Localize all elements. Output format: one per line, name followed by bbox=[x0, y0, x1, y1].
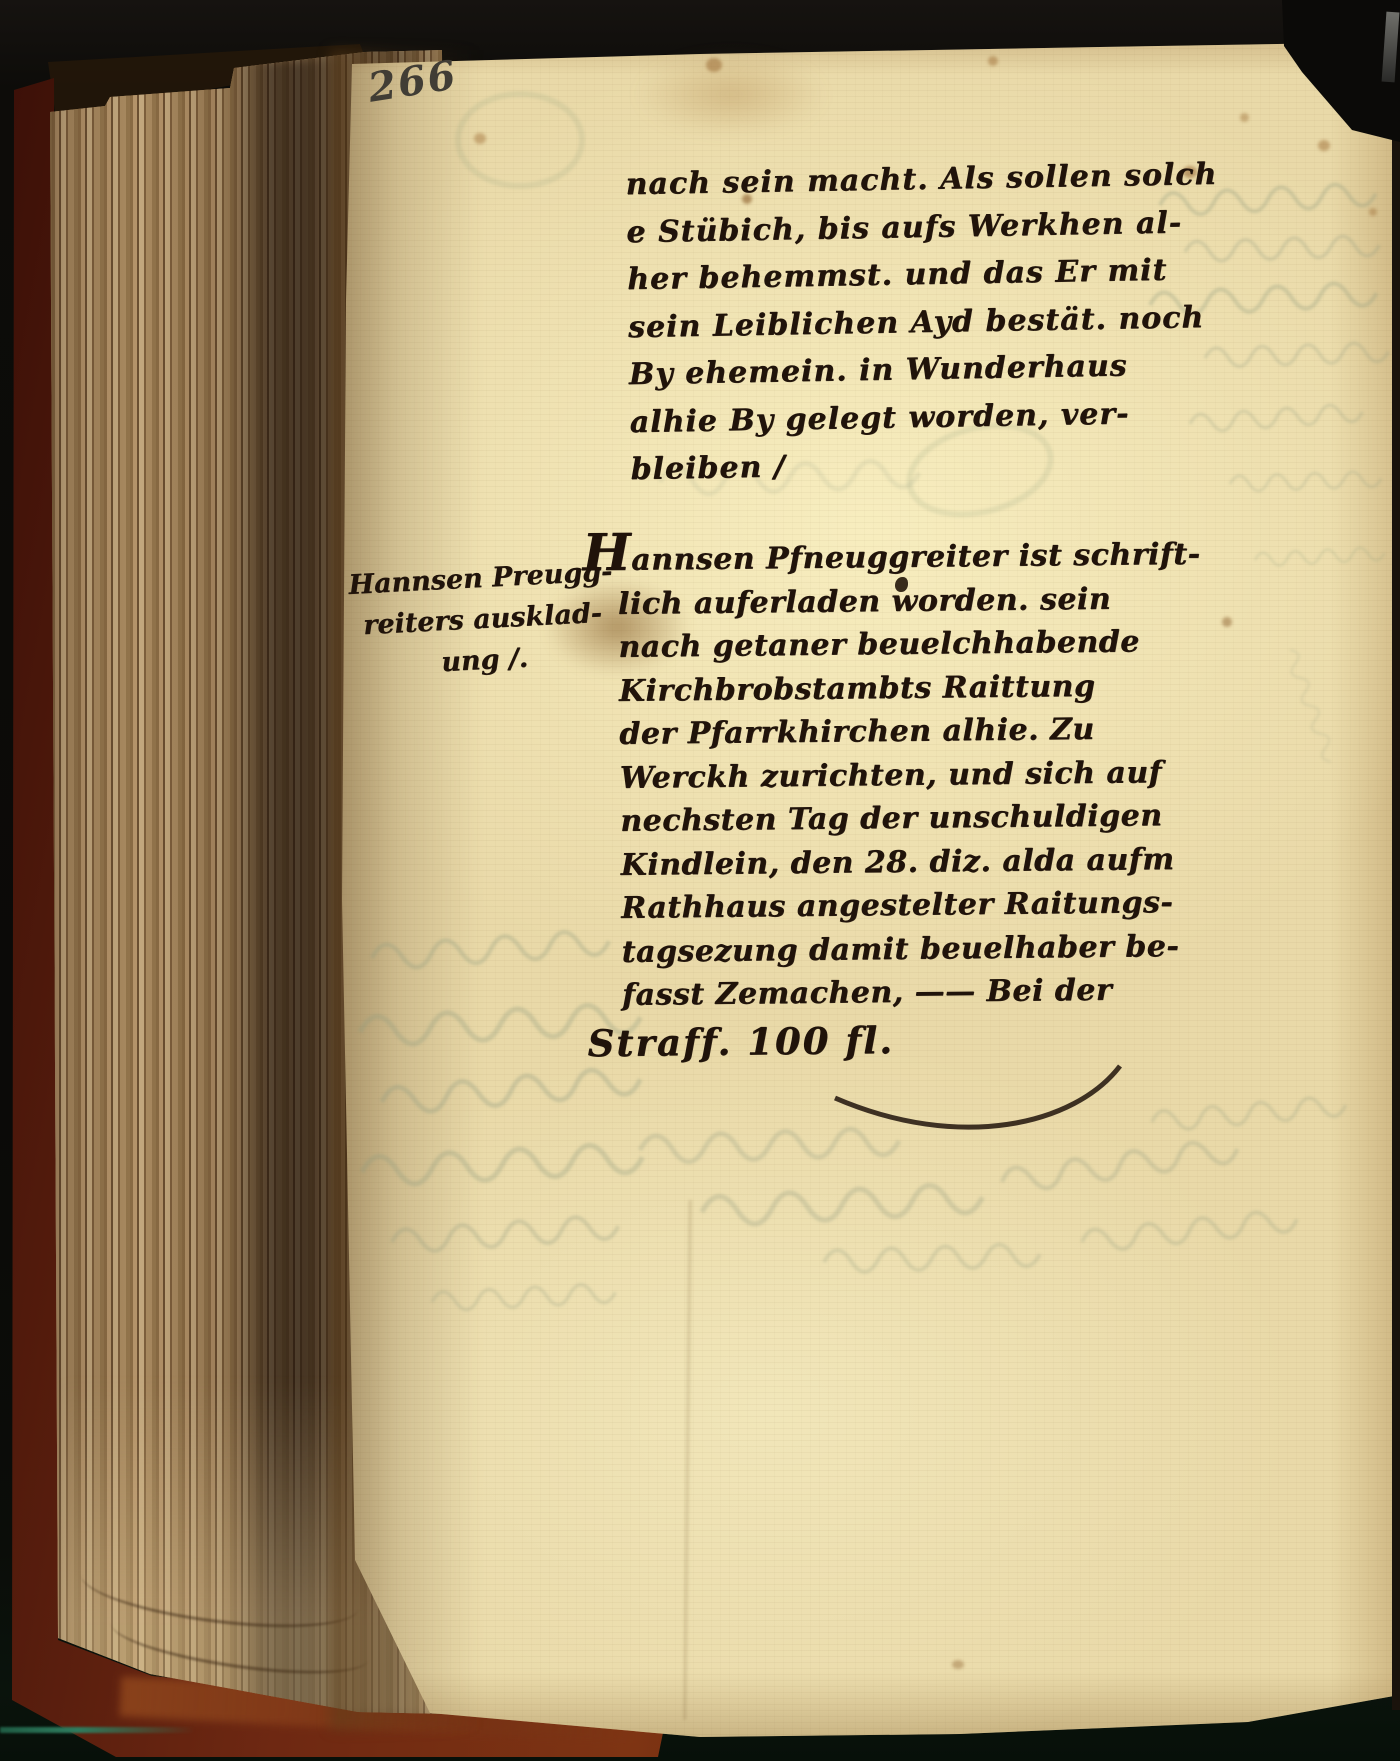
manuscript-line: Werckh zurichten, und sich auf bbox=[620, 750, 1204, 800]
margin-note: Hannsen Preugg- reiters ausklad- ung /. bbox=[347, 551, 618, 688]
foxing-spot bbox=[1369, 208, 1377, 216]
manuscript-line: der Pfarrkhirchen alhie. Zu bbox=[619, 707, 1203, 757]
manuscript-line-fine-amount: Straff. 100 fl. bbox=[587, 1015, 1205, 1065]
manuscript-line: Rathhaus angestelter Raitungs- bbox=[621, 881, 1205, 931]
manuscript-photo: 266 Hannsen Preugg- reiters ausklad- ung… bbox=[0, 0, 1400, 1761]
manuscript-line: tagsezung damit beuelhaber be- bbox=[621, 924, 1205, 974]
entry-top-paragraph: nach sein macht. Als sollen solch e Stüb… bbox=[625, 151, 1223, 494]
manuscript-line: fasst Zemachen, —— Bei der bbox=[622, 968, 1206, 1018]
manuscript-line: Kindlein, den 28. diz. alda aufm bbox=[620, 837, 1204, 887]
entry-main-paragraph: Hannsen Pfneuggreiter ist schrift- lich … bbox=[582, 533, 1206, 1065]
manuscript-line: lich auferladen worden. sein bbox=[618, 576, 1202, 626]
manuscript-line: Kirchbrobstambts Raittung bbox=[619, 663, 1203, 713]
ink-flourish bbox=[835, 1066, 1120, 1127]
foxing-spot bbox=[988, 56, 998, 66]
manuscript-line: Hannsen Pfneuggreiter ist schrift- bbox=[582, 533, 1200, 583]
foxing-spot bbox=[474, 133, 486, 144]
foxing-spot bbox=[952, 1660, 964, 1669]
page-right-edge-shadow bbox=[1392, 40, 1400, 1710]
manuscript-line: nach getaner beuelchhabende bbox=[618, 620, 1202, 670]
foxing-spot bbox=[706, 58, 722, 72]
foxing-spot bbox=[1222, 617, 1232, 627]
manuscript-line: nechsten Tag der unschuldigen bbox=[620, 794, 1204, 844]
foxing-spot bbox=[1318, 140, 1330, 151]
foxing-spot bbox=[1240, 113, 1249, 122]
